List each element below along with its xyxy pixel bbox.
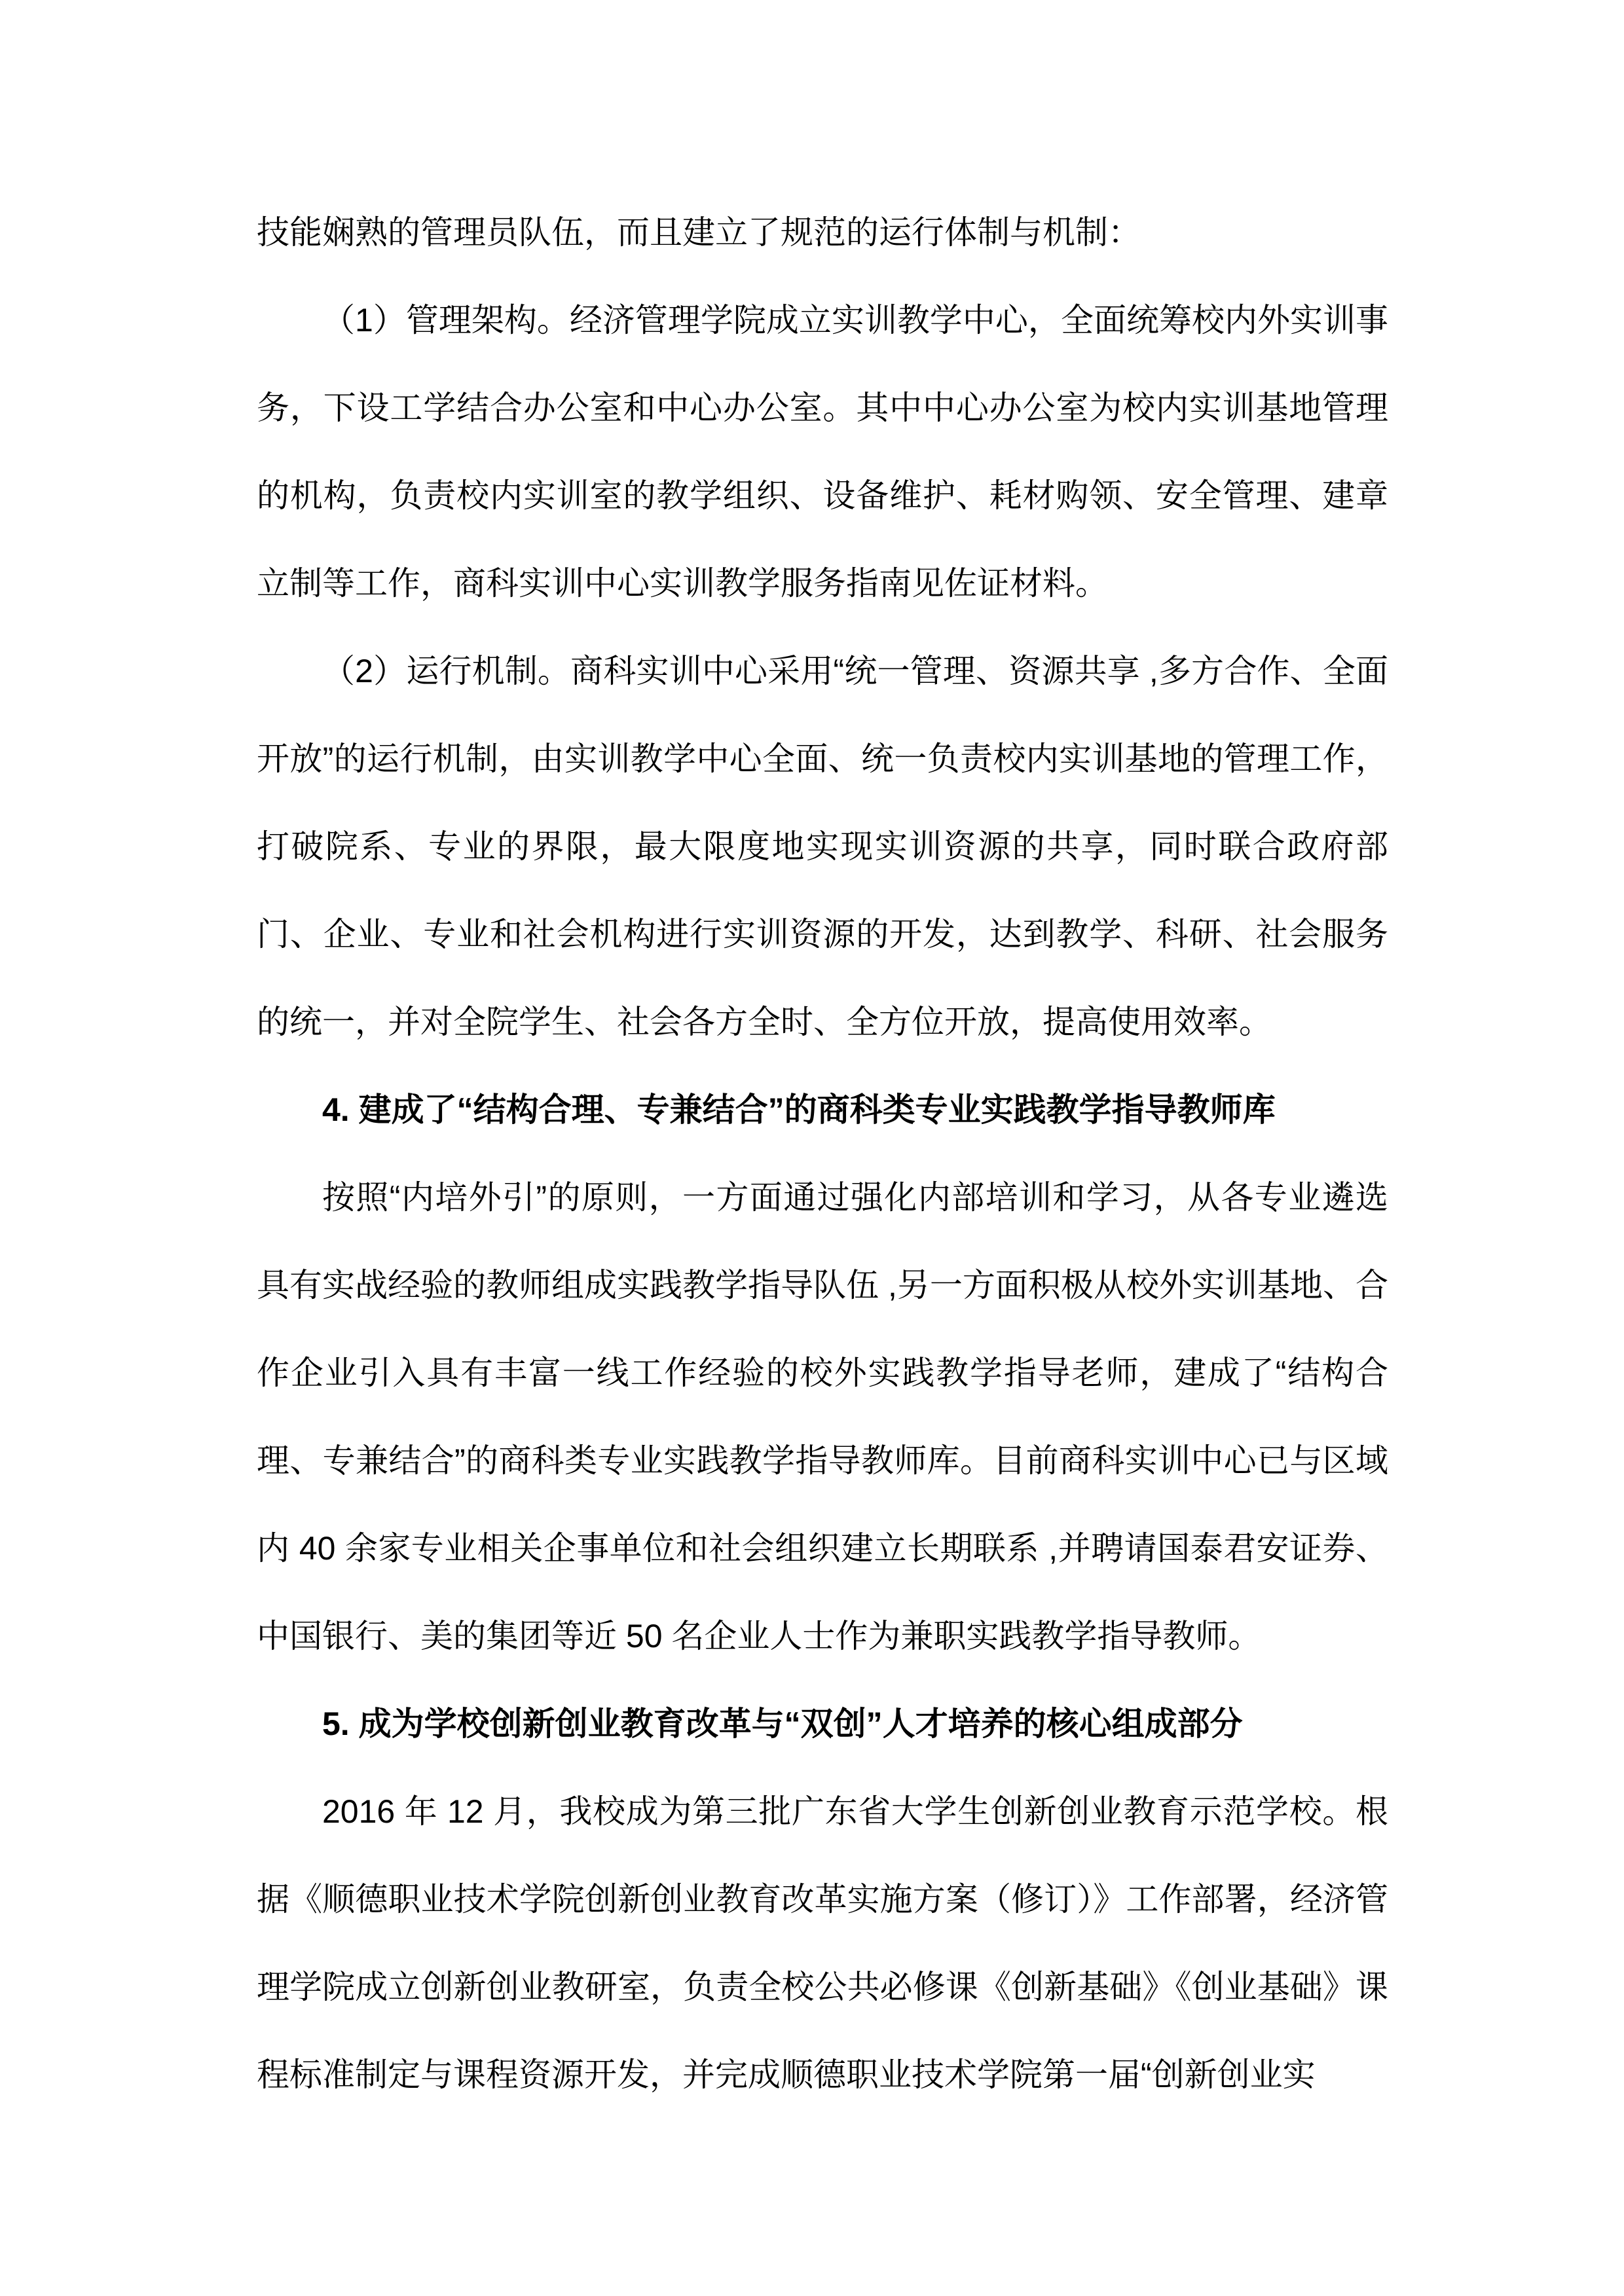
paragraph-operation-mechanism: （2）运行机制。商科实训中心采用“统一管理、资源共享 ,多方合作、全面开放”的运…	[257, 627, 1388, 1066]
heading-section-5: 5. 成为学校创新创业教育改革与“双创”人才培养的核心组成部分	[257, 1680, 1388, 1768]
paragraph-innovation-education: 2016 年 12 月，我校成为第三批广东省大学生创新创业教育示范学校。根据《顺…	[257, 1768, 1388, 2119]
paragraph-continuation: 技能娴熟的管理员队伍，而且建立了规范的运行体制与机制：	[257, 189, 1388, 276]
paragraph-teacher-pool: 按照“内培外引”的原则，一方面通过强化内部培训和学习，从各专业遴选具有实战经验的…	[257, 1154, 1388, 1680]
paragraph-management-structure: （1）管理架构。经济管理学院成立实训教学中心，全面统筹校内外实训事务，下设工学结…	[257, 276, 1388, 627]
heading-section-4: 4. 建成了“结构合理、专兼结合”的商科类专业实践教学指导教师库	[257, 1066, 1388, 1154]
document-page: 技能娴熟的管理员队伍，而且建立了规范的运行体制与机制： （1）管理架构。经济管理…	[0, 0, 1624, 2296]
